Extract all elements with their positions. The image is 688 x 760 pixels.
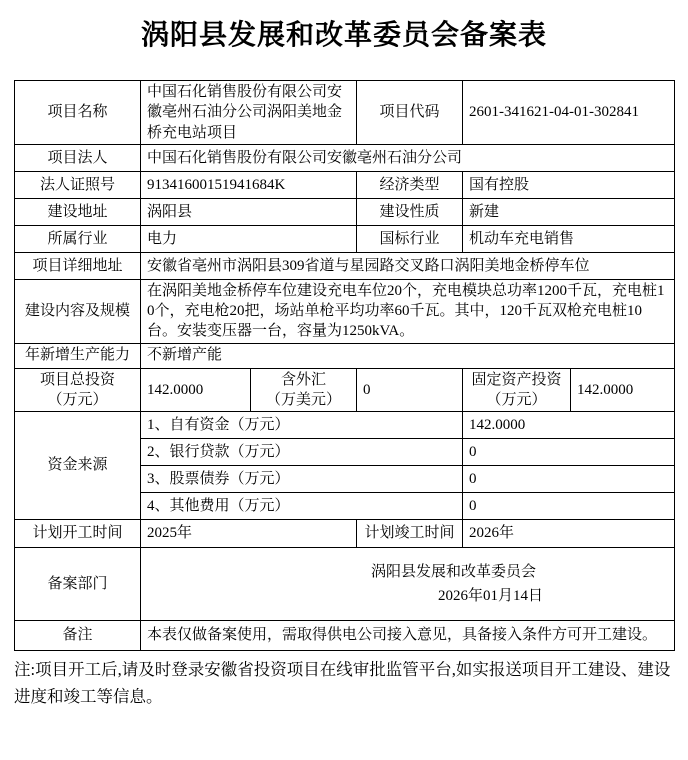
industry-value: 电力 [141, 225, 357, 252]
row-schedule: 计划开工时间 2025年 计划竣工时间 2026年 [15, 520, 675, 548]
construction-nature-value: 新建 [463, 198, 675, 225]
funding-source-label: 资金来源 [15, 412, 141, 520]
footer-note: 注:项目开工后,请及时登录安徽省投资项目在线审批监管平台,如实报送项目开工建设、… [14, 656, 676, 710]
fixed-assets-label: 固定资产投资 （万元） [463, 368, 571, 412]
remarks-label: 备注 [15, 621, 141, 651]
fixed-assets-label-line1: 固定资产投资 [469, 370, 564, 390]
row-address: 建设地址 涡阳县 建设性质 新建 [15, 198, 675, 225]
project-name-value: 中国石化销售股份有限公司安徽亳州石油分公司涡阳美地金桥充电站项目 [141, 81, 357, 145]
row-new-capacity: 年新增生产能力 不新增产能 [15, 343, 675, 368]
national-industry-value: 机动车充电销售 [463, 225, 675, 252]
legal-person-value: 中国石化销售股份有限公司安徽亳州石油分公司 [141, 144, 675, 171]
foreign-exchange-label: 含外汇 （万美元） [251, 368, 357, 412]
funding-item-name: 2、银行贷款（万元） [141, 439, 463, 466]
funding-item-value: 0 [463, 439, 675, 466]
filing-department-name: 涡阳县发展和改革委员会 [193, 560, 675, 584]
construction-address-value: 涡阳县 [141, 198, 357, 225]
fixed-assets-value: 142.0000 [571, 368, 675, 412]
row-remarks: 备注 本表仅做备案使用，需取得供电公司接入意见，具备接入条件方可开工建设。 [15, 621, 675, 651]
row-filing-department: 备案部门 涡阳县发展和改革委员会 2026年01月14日 [15, 548, 675, 621]
project-code-value: 2601-341621-04-01-302841 [463, 81, 675, 145]
filing-department-label: 备案部门 [15, 548, 141, 621]
row-investment: 项目总投资 （万元） 142.0000 含外汇 （万美元） 0 固定资产投资 （… [15, 368, 675, 412]
filing-form-table: 项目名称 中国石化销售股份有限公司安徽亳州石油分公司涡阳美地金桥充电站项目 项目… [14, 80, 675, 651]
planned-completion-label: 计划竣工时间 [357, 520, 463, 548]
funding-item-name: 4、其他费用（万元） [141, 493, 463, 520]
foreign-exchange-value: 0 [357, 368, 463, 412]
planned-start-label: 计划开工时间 [15, 520, 141, 548]
economic-type-label: 经济类型 [357, 171, 463, 198]
funding-item-name: 1、自有资金（万元） [141, 412, 463, 439]
row-industry: 所属行业 电力 国标行业 机动车充电销售 [15, 225, 675, 252]
row-detailed-address: 项目详细地址 安徽省亳州市涡阳县309省道与星园路交叉路口涡阳美地金桥停车位 [15, 252, 675, 279]
row-project-name: 项目名称 中国石化销售股份有限公司安徽亳州石油分公司涡阳美地金桥充电站项目 项目… [15, 81, 675, 145]
construction-address-label: 建设地址 [15, 198, 141, 225]
page-title: 涡阳县发展和改革委员会备案表 [0, 13, 688, 53]
license-no-value: 91341600151941684K [141, 171, 357, 198]
total-investment-label-line1: 项目总投资 [21, 370, 134, 390]
filing-department-value: 涡阳县发展和改革委员会 2026年01月14日 [141, 548, 675, 621]
document-page: 涡阳县发展和改革委员会备案表 项目名称 中国石化销售股份有限公司安徽亳州石油分公… [0, 0, 688, 760]
funding-item-name: 3、股票债券（万元） [141, 466, 463, 493]
detailed-address-label: 项目详细地址 [15, 252, 141, 279]
row-funding-1: 资金来源 1、自有资金（万元） 142.0000 [15, 412, 675, 439]
funding-item-value: 0 [463, 493, 675, 520]
funding-item-value: 142.0000 [463, 412, 675, 439]
planned-start-value: 2025年 [141, 520, 357, 548]
total-investment-label-line2: （万元） [21, 390, 134, 410]
new-capacity-value: 不新增产能 [141, 343, 675, 368]
filing-date: 2026年01月14日 [230, 584, 675, 608]
row-legal-person: 项目法人 中国石化销售股份有限公司安徽亳州石油分公司 [15, 144, 675, 171]
detailed-address-value: 安徽省亳州市涡阳县309省道与星园路交叉路口涡阳美地金桥停车位 [141, 252, 675, 279]
row-license: 法人证照号 91341600151941684K 经济类型 国有控股 [15, 171, 675, 198]
total-investment-value: 142.0000 [141, 368, 251, 412]
total-investment-label: 项目总投资 （万元） [15, 368, 141, 412]
national-industry-label: 国标行业 [357, 225, 463, 252]
legal-person-label: 项目法人 [15, 144, 141, 171]
project-code-label: 项目代码 [357, 81, 463, 145]
license-no-label: 法人证照号 [15, 171, 141, 198]
foreign-exchange-label-line2: （万美元） [257, 390, 350, 410]
industry-label: 所属行业 [15, 225, 141, 252]
construction-content-value: 在涡阳美地金桥停车位建设充电车位20个，充电模块总功率1200千瓦，充电桩10个… [141, 279, 675, 343]
new-capacity-label: 年新增生产能力 [15, 343, 141, 368]
foreign-exchange-label-line1: 含外汇 [257, 370, 350, 390]
project-name-label: 项目名称 [15, 81, 141, 145]
funding-item-value: 0 [463, 466, 675, 493]
economic-type-value: 国有控股 [463, 171, 675, 198]
construction-nature-label: 建设性质 [357, 198, 463, 225]
remarks-value: 本表仅做备案使用，需取得供电公司接入意见，具备接入条件方可开工建设。 [141, 621, 675, 651]
row-construction-content: 建设内容及规模 在涡阳美地金桥停车位建设充电车位20个，充电模块总功率1200千… [15, 279, 675, 343]
fixed-assets-label-line2: （万元） [469, 390, 564, 410]
planned-completion-value: 2026年 [463, 520, 675, 548]
construction-content-label: 建设内容及规模 [15, 279, 141, 343]
